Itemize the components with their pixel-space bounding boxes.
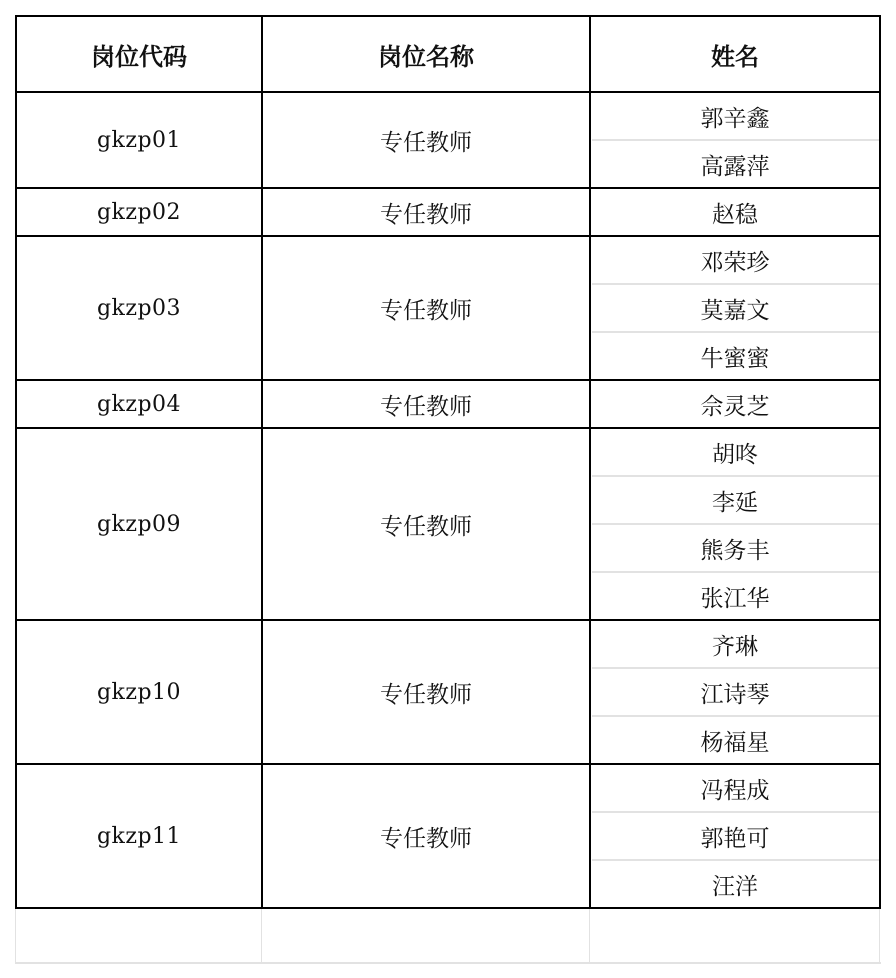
table-border [15,619,881,621]
table-border [15,763,881,765]
row-divider [592,667,879,669]
person-name-cell: 杨福星 [590,716,880,764]
position-name-cell: 专任教师 [262,92,590,188]
table-border [15,427,881,429]
person-name-cell: 高露萍 [590,140,880,188]
position-name-cell: 专任教师 [262,380,590,428]
position-name-cell: 专任教师 [262,764,590,908]
row-divider [592,331,879,333]
grid-line [15,962,881,964]
person-name-cell: 张江华 [590,572,880,620]
table-border [879,15,881,909]
table-border [15,15,881,17]
position-code-cell: gkzp10 [16,620,262,764]
row-divider [592,811,879,813]
table-border [15,379,881,381]
person-name-cell: 佘灵芝 [590,380,880,428]
person-name-cell: 江诗琴 [590,668,880,716]
header-position-code: 岗位代码 [16,16,262,92]
person-name-cell: 邓荣珍 [590,236,880,284]
person-name-cell: 牛蜜蜜 [590,332,880,380]
person-name-cell: 冯程成 [590,764,880,812]
grid-line [261,909,262,962]
row-divider [592,283,879,285]
person-name-cell: 胡咚 [590,428,880,476]
row-divider [592,715,879,717]
grid-line [879,909,880,962]
row-divider [592,475,879,477]
person-name-cell: 齐琳 [590,620,880,668]
row-divider [592,571,879,573]
person-name-cell: 郭艳可 [590,812,880,860]
header-position-name: 岗位名称 [262,16,590,92]
person-name-cell: 汪洋 [590,860,880,908]
row-divider [592,859,879,861]
position-name-cell: 专任教师 [262,620,590,764]
table-border [15,15,17,909]
table-border [15,907,881,909]
position-code-cell: gkzp11 [16,764,262,908]
table-border [15,91,881,93]
position-name-cell: 专任教师 [262,428,590,620]
header-name: 姓名 [590,16,880,92]
position-name-cell: 专任教师 [262,188,590,236]
position-code-cell: gkzp03 [16,236,262,380]
person-name-cell: 李延 [590,476,880,524]
row-divider [592,523,879,525]
person-name-cell: 莫嘉文 [590,284,880,332]
table-border [15,187,881,189]
person-name-cell: 熊务丰 [590,524,880,572]
position-code-cell: gkzp04 [16,380,262,428]
position-code-cell: gkzp01 [16,92,262,188]
row-divider [592,139,879,141]
position-name-cell: 专任教师 [262,236,590,380]
person-name-cell: 郭辛鑫 [590,92,880,140]
table-border [589,15,591,909]
table-border [15,235,881,237]
position-code-cell: gkzp02 [16,188,262,236]
grid-line [589,909,590,962]
grid-line [15,909,16,962]
person-name-cell: 赵稳 [590,188,880,236]
table-border [261,15,263,909]
position-code-cell: gkzp09 [16,428,262,620]
